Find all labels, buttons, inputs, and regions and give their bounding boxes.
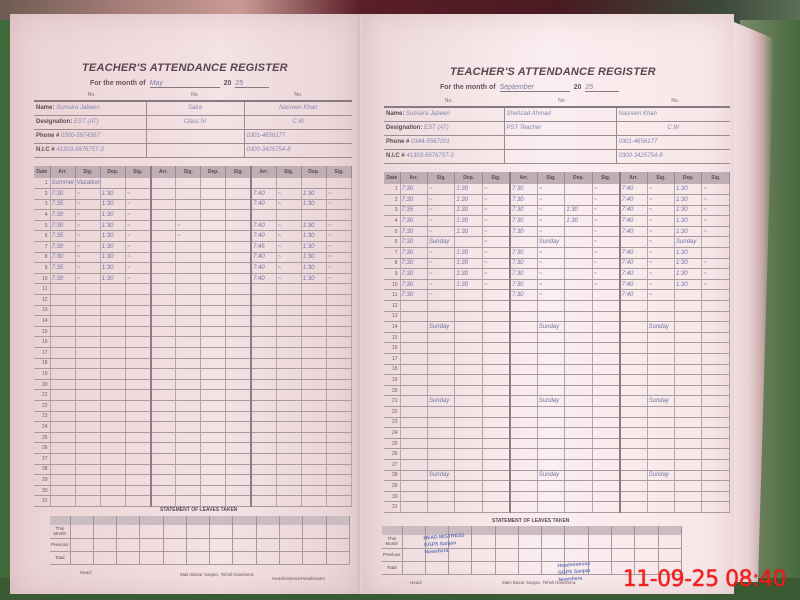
attendance-cell [201,242,226,253]
official-stamp: HEAD MISTRESSGGPS SanjanNowshera [423,533,465,557]
day-number: 4 [34,210,50,221]
attendance-cell [455,290,482,301]
attendance-cell [226,189,251,200]
day-number: 30 [34,485,50,496]
attendance-cell: ~ [537,290,564,301]
attendance-cell [675,343,702,354]
attendance-cell: ~ [482,279,509,290]
attendance-cell [50,348,75,359]
no-label: No. [558,98,566,104]
attendance-cell [455,459,482,470]
attendance-cell: Sunday [647,322,674,333]
attendance-cell [251,485,276,496]
attendance-cell [276,422,301,433]
leave-row-label: This Month [50,525,70,538]
attendance-cell [675,364,702,375]
attendance-cell [151,369,176,380]
attendance-cell [400,481,427,492]
attendance-cell [125,358,150,369]
attendance-cell [301,284,326,295]
attendance-cell: 7:30 [400,237,427,248]
attendance-cell: ~ [702,226,730,237]
attendance-cell [276,295,301,306]
attendance-cell [620,459,647,470]
attendance-cell: ~ [427,205,454,216]
attendance-cell [675,438,702,449]
attendance-cell: ~ [326,252,351,263]
attendance-cell [276,443,301,454]
attendance-cell: ~ [592,258,619,269]
attendance-cell [675,354,702,365]
attendance-cell: ~ [75,210,100,221]
attendance-cell [702,459,730,470]
attendance-cell [592,502,619,513]
attendance-cell [226,496,251,507]
attendance-cell: 1:30 [100,242,125,253]
attendance-cell [510,481,537,492]
attendance-cell: Sunday [427,396,454,407]
attendance-cell [201,369,226,380]
attendance-cell: Sunday [427,322,454,333]
leave-column-header [518,526,541,535]
attendance-cell [276,348,301,359]
attendance-cell [151,379,176,390]
attendance-cell [455,343,482,354]
leave-cell [402,535,425,548]
attendance-cell [702,502,730,513]
attendance-row: 21 [34,390,352,401]
day-number: 16 [34,337,50,348]
attendance-cell [427,417,454,428]
leave-cell [495,561,518,574]
day-number: 6 [34,231,50,242]
attendance-cell [176,252,201,263]
attendance-cell: ~ [326,263,351,274]
attendance-cell [702,301,730,312]
month-line: For the month ofMay2025 [90,80,273,88]
attendance-cell [592,396,619,407]
attendance-cell [301,316,326,327]
attendance-cell [537,311,564,322]
attendance-cell [100,443,125,454]
attendance-cell [176,464,201,475]
attendance-cell [125,295,150,306]
leave-cell [565,548,588,561]
attendance-cell [702,406,730,417]
attendance-cell [301,464,326,475]
page-edges [734,22,774,582]
attendance-cell: ~ [592,237,619,248]
attendance-cell [276,178,301,189]
attendance-cell: 1:30 [100,273,125,284]
attendance-cell [226,326,251,337]
attendance-cell: 7:40 [251,199,276,210]
leave-cell [402,548,425,561]
attendance-cell [301,305,326,316]
month-line: For the month ofSeptember2025 [440,84,623,92]
attendance-cell: 1:30 [301,189,326,200]
attendance-cell [276,284,301,295]
attendance-cell [455,375,482,386]
attendance-cell [125,400,150,411]
teacher-info-table: Name: Sumaira Jabeen Shehzad Ahmad Nasre… [384,106,730,164]
attendance-cell [100,358,125,369]
leave-cell [70,538,93,551]
leave-cell [425,561,448,574]
attendance-cell [537,343,564,354]
attendance-cell [226,231,251,242]
attendance-cell [151,443,176,454]
attendance-cell [565,279,592,290]
attendance-cell: 7:30 [50,210,75,221]
attendance-cell [251,348,276,359]
leave-cell [303,551,326,564]
attendance-cell [427,428,454,439]
attendance-cell [251,453,276,464]
attendance-cell [201,443,226,454]
day-number: 14 [384,322,400,333]
attendance-cell [176,326,201,337]
attendance-cell: ~ [647,237,674,248]
attendance-cell: 7:40 [620,205,647,216]
teacher-designation: EST (AT) [424,125,449,131]
attendance-cell [510,311,537,322]
day-number: 6 [384,237,400,248]
attendance-cell [537,375,564,386]
attendance-cell [620,396,647,407]
day-number: 7 [34,242,50,253]
attendance-cell [620,364,647,375]
teacher-phone [504,135,616,149]
attendance-cell [537,406,564,417]
attendance-cell: 7:40 [251,273,276,284]
attendance-cell [151,189,176,200]
attendance-cell [50,305,75,316]
attendance-cell [675,385,702,396]
attendance-cell: 7:35 [50,263,75,274]
attendance-cell: ~ [647,216,674,227]
attendance-cell: ~ [276,242,301,253]
leave-column-header [50,516,70,525]
attendance-row: 22 [384,406,730,417]
attendance-cell [455,385,482,396]
phone-label: Phone # [386,139,409,145]
attendance-cell [647,481,674,492]
attendance-row: 18 [384,364,730,375]
attendance-cell [201,178,226,189]
attendance-cell: ~ [75,263,100,274]
attendance-cell [201,220,226,231]
attendance-row: 107:30~1:30~7:30~~7:40~1:30~ [384,279,730,290]
attendance-row: 87:30~1:30~7:40~1:30~ [34,252,352,263]
attendance-cell: ~ [427,290,454,301]
attendance-cell [226,199,251,210]
attendance-cell [125,348,150,359]
attendance-cell: ~ [125,220,150,231]
attendance-cell [326,464,351,475]
day-number: 28 [384,470,400,481]
column-header: Arr. [510,172,537,184]
attendance-cell [226,485,251,496]
leave-column-header [163,516,186,525]
attendance-cell [125,305,150,316]
attendance-cell [50,326,75,337]
attendance-cell [592,459,619,470]
no-label: No. [191,92,199,98]
attendance-cell [301,178,326,189]
attendance-cell [50,475,75,486]
attendance-cell: ~ [125,242,150,253]
attendance-cell [647,491,674,502]
leave-cell [495,548,518,561]
attendance-cell [592,491,619,502]
attendance-row: 67:30Sunday~Sunday~~Sunday [384,237,730,248]
attendance-cell [620,406,647,417]
phone-label: Phone # [36,133,59,139]
footer-head: Head: [410,580,422,585]
day-number: 27 [34,453,50,464]
column-header: Sig. [427,172,454,184]
leave-column-header [210,516,233,525]
day-number: 26 [34,443,50,454]
attendance-grid: DateArr.Sig.Dep.Sig.Arr.Sig.Dep.Sig.Arr.… [384,172,730,513]
leave-column-header [402,526,425,535]
attendance-cell [301,369,326,380]
leave-column-header [186,516,209,525]
day-number: 2 [384,195,400,206]
page-title: TEACHER'S ATTENDANCE REGISTER [82,62,288,74]
attendance-row: 27:30~1:30~7:40~1:30~ [34,189,352,200]
attendance-cell [75,443,100,454]
leave-row-label: Total [50,551,70,564]
day-number: 20 [34,379,50,390]
nic-label: N.I.C # [386,153,405,159]
attendance-cell: 1:30 [455,279,482,290]
attendance-cell [176,475,201,486]
attendance-cell [592,354,619,365]
attendance-cell [620,354,647,365]
attendance-cell: 7:35 [50,231,75,242]
day-number: 15 [34,326,50,337]
attendance-cell [201,390,226,401]
attendance-register-book: TEACHER'S ATTENDANCE REGISTER For the mo… [10,14,790,598]
attendance-cell [50,284,75,295]
attendance-row: 29 [34,475,352,486]
attendance-cell [620,322,647,333]
attendance-row: 117:30~7:30~7:40~ [384,290,730,301]
attendance-cell [592,438,619,449]
leave-cell [565,535,588,548]
attendance-cell [201,496,226,507]
attendance-cell: Sunday [427,470,454,481]
attendance-row: 22 [34,400,352,411]
attendance-cell [50,453,75,464]
attendance-cell [75,422,100,433]
attendance-cell [301,326,326,337]
attendance-cell [455,301,482,312]
attendance-cell [427,449,454,460]
attendance-cell: ~ [592,226,619,237]
attendance-cell [251,369,276,380]
attendance-cell [75,316,100,327]
attendance-cell [400,311,427,322]
attendance-cell [151,284,176,295]
page-title: TEACHER'S ATTENDANCE REGISTER [450,66,656,78]
attendance-cell [455,237,482,248]
attendance-cell [400,438,427,449]
leave-cell [542,548,565,561]
leave-column-header [280,516,303,525]
leave-cell [280,551,303,564]
attendance-cell [565,459,592,470]
attendance-cell [482,343,509,354]
attendance-cell: ~ [276,273,301,284]
attendance-cell [565,332,592,343]
attendance-cell [675,375,702,386]
attendance-cell [251,475,276,486]
day-number: 23 [34,411,50,422]
attendance-cell: ~ [276,199,301,210]
attendance-cell [151,178,176,189]
attendance-cell [427,364,454,375]
attendance-cell [276,485,301,496]
attendance-cell [276,379,301,390]
attendance-cell [675,290,702,301]
attendance-cell: Sunday [537,470,564,481]
attendance-cell: 7:40 [620,248,647,259]
attendance-cell [482,290,509,301]
attendance-cell: 7:40 [251,231,276,242]
attendance-cell [226,252,251,263]
attendance-cell [50,316,75,327]
attendance-cell [647,332,674,343]
attendance-cell [537,449,564,460]
day-number: 8 [384,258,400,269]
attendance-cell [176,432,201,443]
attendance-cell [276,326,301,337]
attendance-cell [455,417,482,428]
day-number: 11 [34,284,50,295]
attendance-cell: 7:30 [510,279,537,290]
attendance-cell [226,220,251,231]
attendance-cell [326,178,351,189]
leave-cell [93,525,116,538]
attendance-cell: ~ [592,279,619,290]
attendance-cell: ~ [592,248,619,259]
attendance-row: 37:35~1:30~7:30~1:30~7:40~1:30~ [384,205,730,216]
attendance-cell: ~ [326,273,351,284]
attendance-cell: ~ [276,263,301,274]
leave-cell [140,538,163,551]
attendance-cell [100,348,125,359]
attendance-cell [675,332,702,343]
attendance-cell [510,322,537,333]
attendance-cell: ~ [125,231,150,242]
leave-column-header [303,516,326,525]
attendance-cell [510,385,537,396]
attendance-cell [565,301,592,312]
attendance-cell [702,237,730,248]
attendance-cell [251,400,276,411]
attendance-cell: 7:30 [400,195,427,206]
attendance-cell [482,354,509,365]
attendance-cell [647,385,674,396]
day-number: 22 [34,400,50,411]
attendance-cell [326,316,351,327]
attendance-cell: 7:30 [50,252,75,263]
attendance-cell [620,491,647,502]
attendance-cell: 7:30 [400,216,427,227]
attendance-cell [201,326,226,337]
attendance-cell: ~ [427,184,454,195]
attendance-cell [565,470,592,481]
leave-cell [588,535,611,548]
attendance-cell: 7:40 [251,220,276,231]
attendance-cell [326,475,351,486]
attendance-cell [301,379,326,390]
attendance-row: 27:30~1:30~7:30~~7:40~1:30~ [384,195,730,206]
attendance-cell [565,248,592,259]
leave-cell [163,525,186,538]
column-header: Sig. [647,172,674,184]
leave-cell [542,535,565,548]
attendance-cell [510,375,537,386]
attendance-cell [592,406,619,417]
attendance-cell [100,475,125,486]
leave-cell [472,561,495,574]
attendance-cell [592,417,619,428]
attendance-cell [620,301,647,312]
attendance-cell [510,343,537,354]
attendance-cell: 7:30 [400,184,427,195]
attendance-cell: ~ [537,226,564,237]
attendance-cell [326,422,351,433]
attendance-cell: ~ [482,248,509,259]
attendance-cell [482,449,509,460]
attendance-cell [125,411,150,422]
day-number: 30 [384,491,400,502]
attendance-cell: 1:30 [301,220,326,231]
attendance-cell [251,316,276,327]
attendance-cell [251,305,276,316]
attendance-cell [326,305,351,316]
attendance-cell [276,432,301,443]
attendance-cell: 7:30 [510,205,537,216]
leave-header-row [382,526,682,535]
grid-header-row: DateArr.Sig.Dep.Sig.Arr.Sig.Dep.Sig.Arr.… [34,166,352,178]
attendance-cell: 1:30 [100,231,125,242]
attendance-cell [176,358,201,369]
attendance-cell [125,485,150,496]
attendance-row: 27 [34,453,352,464]
attendance-cell [176,242,201,253]
attendance-cell [176,369,201,380]
attendance-cell [100,464,125,475]
day-number: 20 [384,385,400,396]
day-number: 13 [384,311,400,322]
attendance-cell [151,475,176,486]
attendance-cell [620,470,647,481]
attendance-cell [482,406,509,417]
column-header: Arr. [151,166,176,178]
attendance-cell [125,337,150,348]
attendance-cell: 1:30 [100,199,125,210]
attendance-cell [702,332,730,343]
attendance-cell: 1:30 [565,216,592,227]
attendance-cell [75,337,100,348]
attendance-cell [702,417,730,428]
attendance-cell [151,305,176,316]
